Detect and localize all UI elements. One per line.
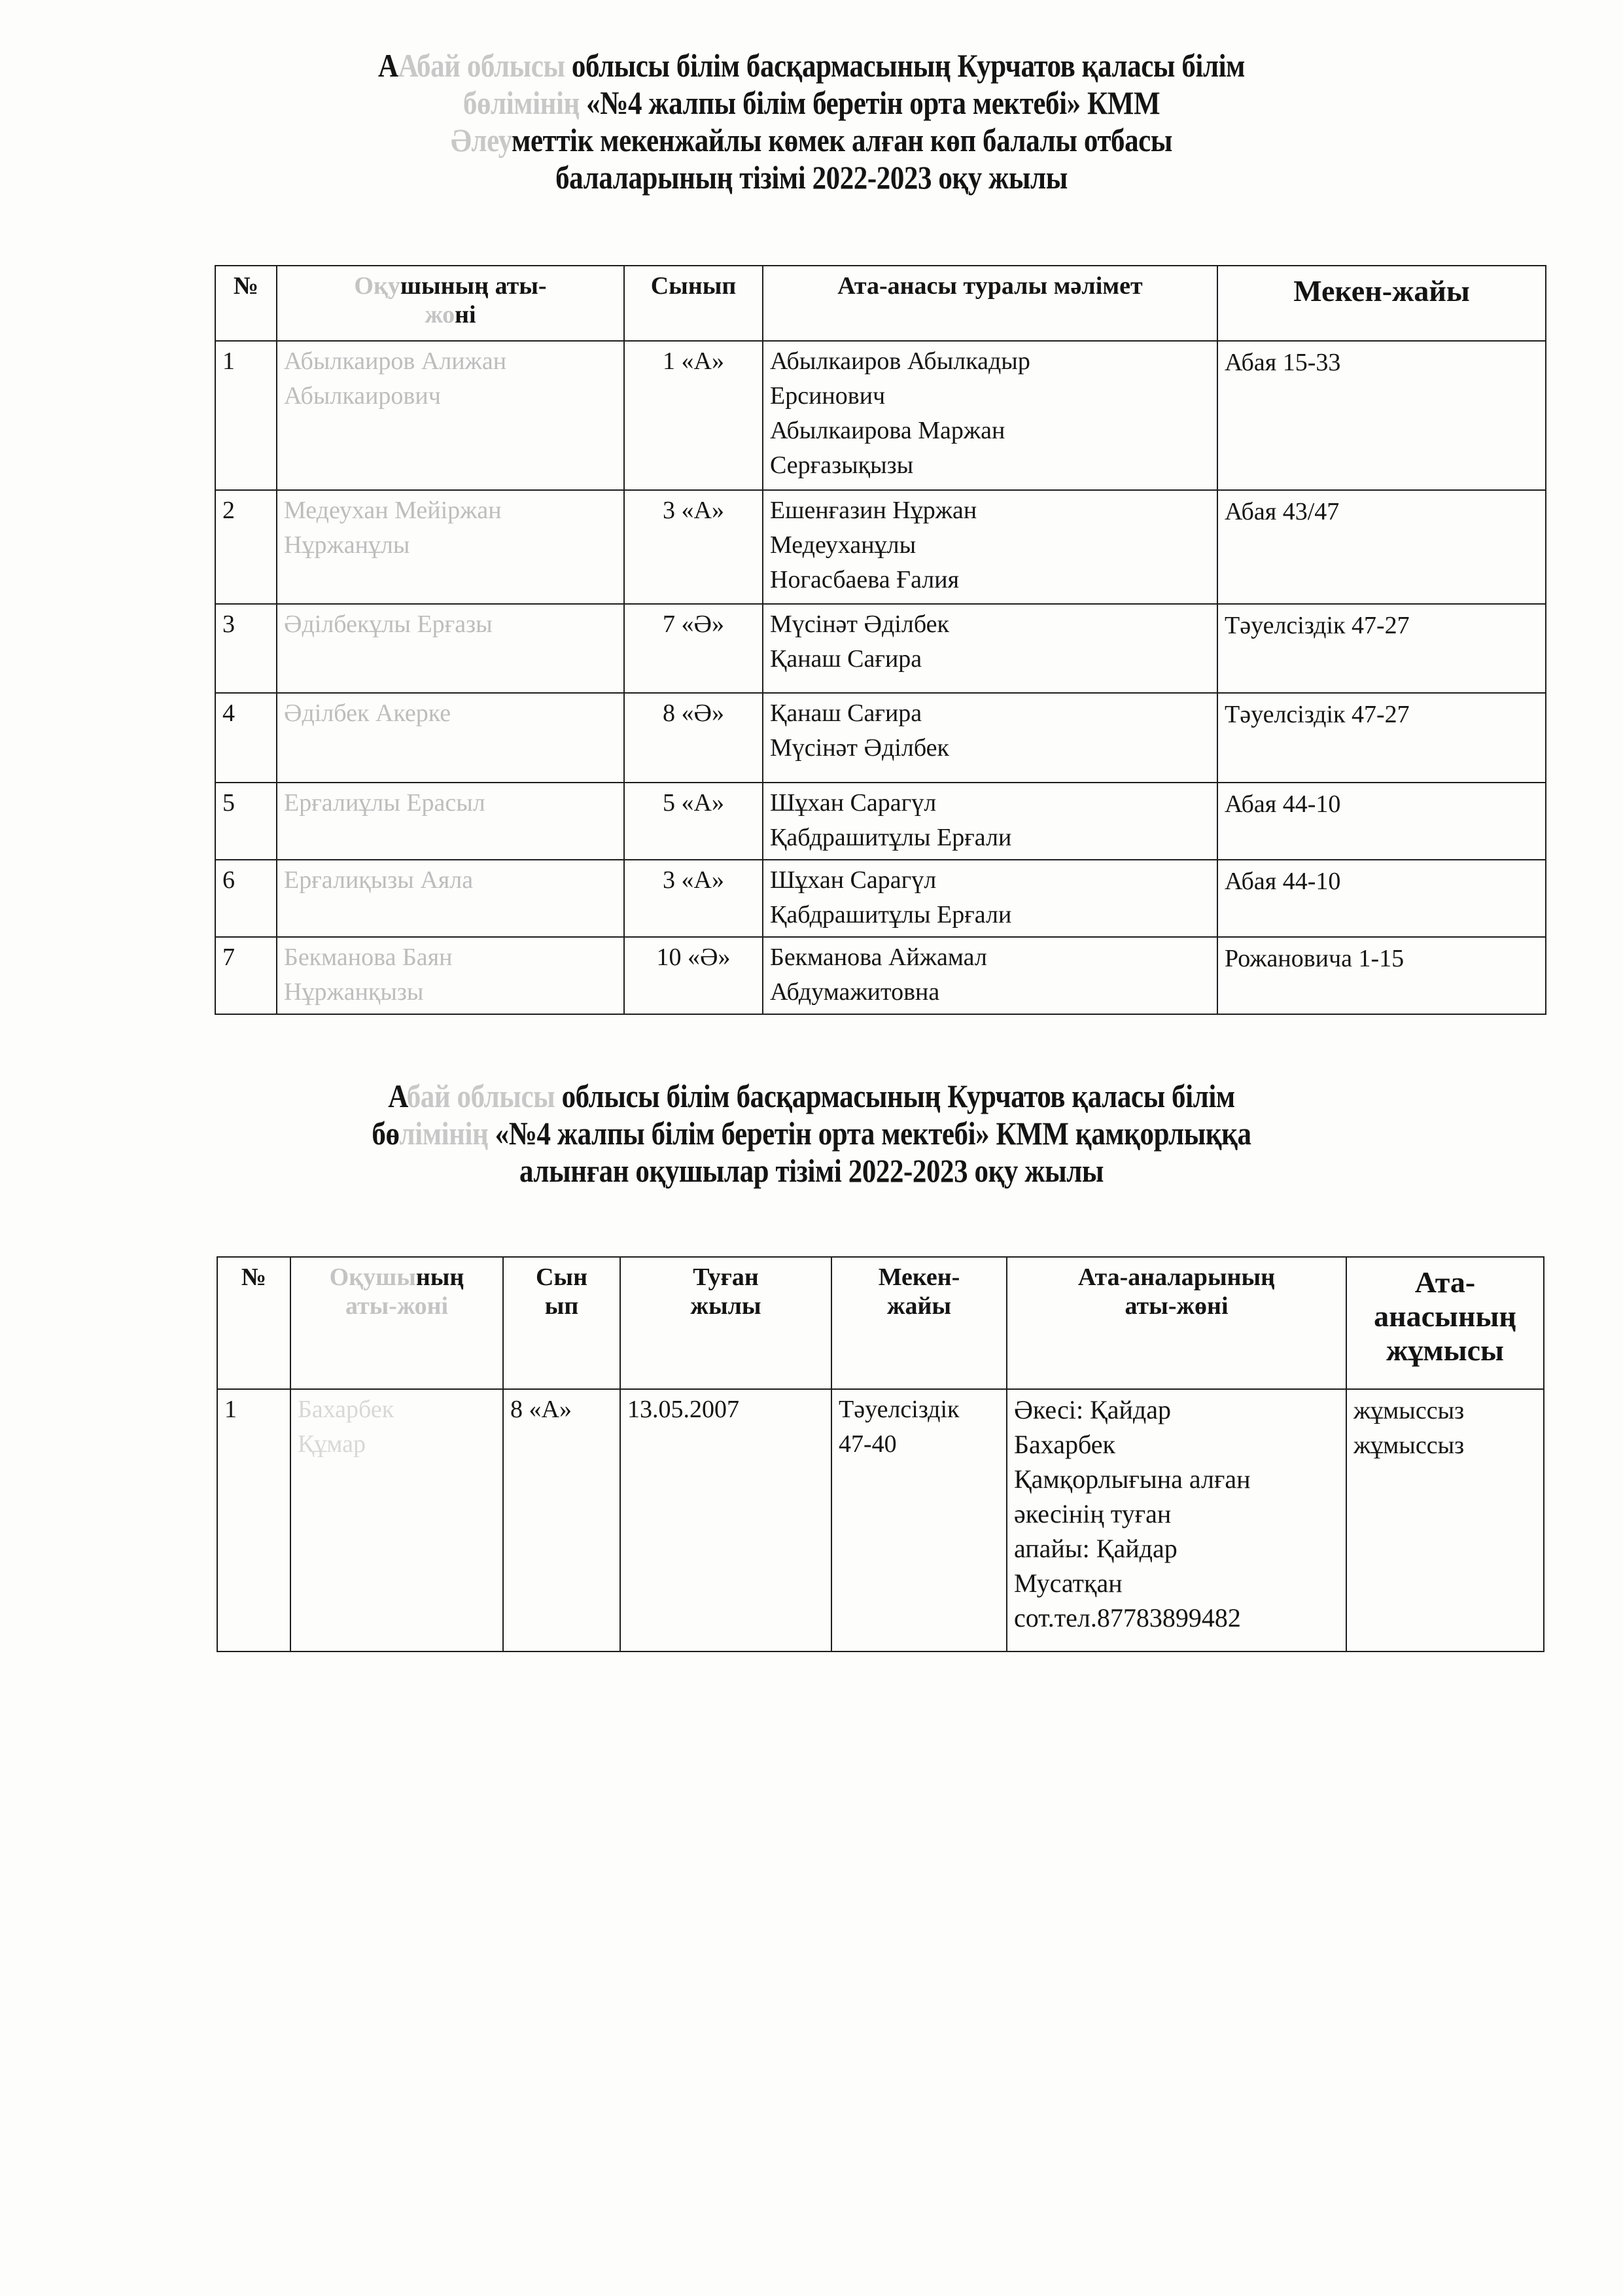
- class-cell: 3 «А»: [624, 490, 763, 604]
- student-name: Ерғалиқызы Аяла: [277, 860, 624, 937]
- table-row: 3Әділбекұлы Ерғазы7 «Ә»Мүсінәт ӘділбекҚа…: [215, 604, 1546, 693]
- header-class: Сынып: [503, 1257, 620, 1389]
- table-row: 7Бекманова БаянНұржанқызы10 «Ә»Бекманова…: [215, 937, 1546, 1014]
- address-cell: Абая 15-33: [1217, 341, 1546, 490]
- header-student-name: Оқушыныңаты-жоні: [290, 1257, 503, 1389]
- student-name: БахарбекҚұмар: [290, 1389, 503, 1651]
- header-number: №: [217, 1257, 290, 1389]
- title-line: бөлімінің «№4 жалпы білім беретін орта м…: [114, 1115, 1510, 1152]
- class-cell: 3 «А»: [624, 860, 763, 937]
- header-number: №: [215, 266, 277, 341]
- row-number: 7: [215, 937, 277, 1014]
- header-address: Мекен-жайы: [1217, 266, 1546, 341]
- address-cell: Тәуелсіздік47-40: [831, 1389, 1007, 1651]
- table-row: 2Медеухан МейіржанНұржанұлы3 «А»Ешенғази…: [215, 490, 1546, 604]
- row-number: 3: [215, 604, 277, 693]
- header-parents-work: Ата-анасыныңжұмысы: [1346, 1257, 1544, 1389]
- parents-cell: Қанаш СағираМүсінәт Әділбек: [763, 693, 1217, 783]
- address-cell: Абая 44-10: [1217, 860, 1546, 937]
- row-number: 5: [215, 783, 277, 860]
- parents-cell: Мүсінәт ӘділбекҚанаш Сағира: [763, 604, 1217, 693]
- address-cell: Тәуелсіздік 47-27: [1217, 693, 1546, 783]
- parents-cell: Шұхан СарагүлҚабдрашитұлы Ерғали: [763, 783, 1217, 860]
- title-line: Абай облысы облысы білім басқармасының К…: [114, 1078, 1510, 1115]
- title-line: алынған оқушылар тізімі 2022-2023 оқу жы…: [114, 1152, 1510, 1190]
- table-row: 4Әділбек Акерке8 «Ә»Қанаш СағираМүсінәт …: [215, 693, 1546, 783]
- section1-title: ААбай облысы облысы білім басқармасының …: [114, 47, 1510, 196]
- title-line: балаларының тізімі 2022-2023 оқу жылы: [114, 159, 1510, 196]
- header-class: Сынып: [624, 266, 763, 341]
- parents-work-cell: жұмыссызжұмыссыз: [1346, 1389, 1544, 1651]
- table-row: 5Ерғалиұлы Ерасыл5 «А»Шұхан СарагүлҚабдр…: [215, 783, 1546, 860]
- row-number: 4: [215, 693, 277, 783]
- birth-date-cell: 13.05.2007: [620, 1389, 831, 1651]
- address-cell: Абая 43/47: [1217, 490, 1546, 604]
- student-name: Медеухан МейіржанНұржанұлы: [277, 490, 624, 604]
- title-line: Әлеуметтік мекенжайлы көмек алған көп ба…: [114, 122, 1510, 159]
- parents-cell: Бекманова АйжамалАбдумажитовна: [763, 937, 1217, 1014]
- student-name: Әділбек Акерке: [277, 693, 624, 783]
- student-name: Бекманова БаянНұржанқызы: [277, 937, 624, 1014]
- class-cell: 5 «А»: [624, 783, 763, 860]
- class-cell: 7 «Ә»: [624, 604, 763, 693]
- student-name: Әділбекұлы Ерғазы: [277, 604, 624, 693]
- class-cell: 10 «Ә»: [624, 937, 763, 1014]
- header-address: Мекен-жайы: [831, 1257, 1007, 1389]
- section2-title: Абай облысы облысы білім басқармасының К…: [114, 1078, 1510, 1190]
- table-header-row: № Оқушының аты-жоні Сынып Ата-анасы тура…: [215, 266, 1546, 341]
- row-number: 6: [215, 860, 277, 937]
- title-line: бөлімінің «№4 жалпы білім беретін орта м…: [114, 84, 1510, 122]
- header-birth-year: Туғанжылы: [620, 1257, 831, 1389]
- table-row: 1БахарбекҚұмар8 «А»13.05.2007Тәуелсіздік…: [217, 1389, 1544, 1651]
- guardianship-students-table: № Оқушыныңаты-жоні Сынып Туғанжылы Мекен…: [217, 1256, 1544, 1652]
- class-cell: 8 «Ә»: [624, 693, 763, 783]
- parents-cell: Абылкаиров АбылкадырЕрсиновичАбылкаирова…: [763, 341, 1217, 490]
- large-families-table: № Оқушының аты-жоні Сынып Ата-анасы тура…: [215, 265, 1546, 1015]
- title-line: ААбай облысы облысы білім басқармасының …: [114, 47, 1510, 84]
- row-number: 2: [215, 490, 277, 604]
- table-row: 6Ерғалиқызы Аяла3 «А»Шұхан СарагүлҚабдра…: [215, 860, 1546, 937]
- parents-cell: Шұхан СарагүлҚабдрашитұлы Ерғали: [763, 860, 1217, 937]
- table-row: 1Абылкаиров АлижанАбылкаирович1 «А»Абылк…: [215, 341, 1546, 490]
- header-parents: Ата-аналарыныңаты-жөні: [1007, 1257, 1346, 1389]
- parents-cell: Әкесі: ҚайдарБахарбекҚамқорлығына алғанә…: [1007, 1389, 1346, 1651]
- table-header-row: № Оқушыныңаты-жоні Сынып Туғанжылы Мекен…: [217, 1257, 1544, 1389]
- address-cell: Тәуелсіздік 47-27: [1217, 604, 1546, 693]
- class-cell: 8 «А»: [503, 1389, 620, 1651]
- parents-cell: Ешенғазин НұржанМедеуханұлыНогасбаева Ға…: [763, 490, 1217, 604]
- header-parents: Ата-анасы туралы мәлімет: [763, 266, 1217, 341]
- row-number: 1: [217, 1389, 290, 1651]
- address-cell: Абая 44-10: [1217, 783, 1546, 860]
- row-number: 1: [215, 341, 277, 490]
- student-name: Абылкаиров АлижанАбылкаирович: [277, 341, 624, 490]
- address-cell: Рожановича 1-15: [1217, 937, 1546, 1014]
- class-cell: 1 «А»: [624, 341, 763, 490]
- header-student-name: Оқушының аты-жоні: [277, 266, 624, 341]
- student-name: Ерғалиұлы Ерасыл: [277, 783, 624, 860]
